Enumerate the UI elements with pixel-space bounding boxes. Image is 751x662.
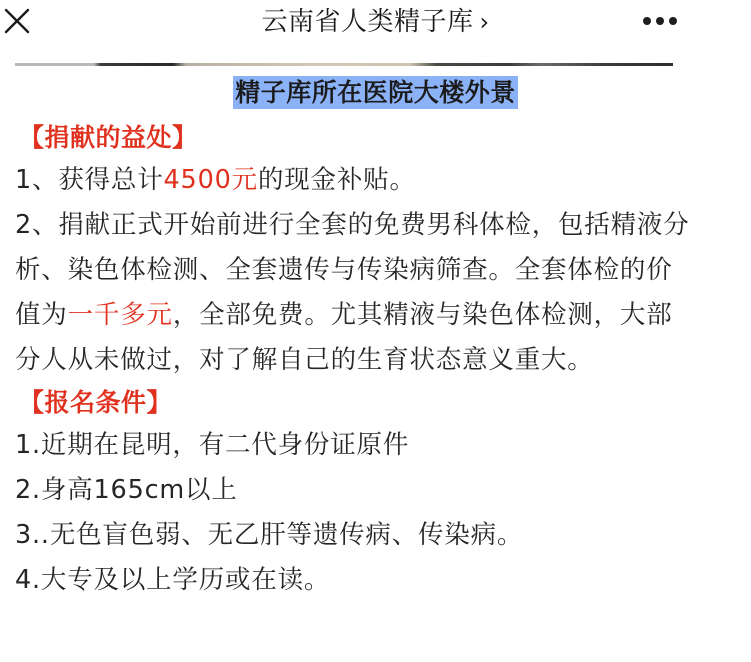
image-caption: 精子库所在医院大楼外景: [233, 76, 518, 109]
more-options-button[interactable]: [643, 14, 683, 28]
account-title-link[interactable]: 云南省人类精子库›: [0, 4, 751, 40]
more-dots-icon: [643, 17, 651, 25]
requirement-item-1: 1.近期在昆明，有二代身份证原件: [15, 423, 695, 468]
chevron-right-icon: ›: [479, 8, 489, 36]
top-nav-bar: 云南省人类精子库›: [0, 0, 751, 48]
section-title-benefits: 【捐献的益处】: [19, 118, 695, 158]
highlight-amount: 4500元: [164, 165, 258, 195]
highlight-value: 一千多元: [68, 300, 173, 330]
benefit-item-1: 1、获得总计4500元的现金补贴。: [15, 158, 695, 203]
hospital-photo-bottom-edge: [15, 63, 673, 66]
requirement-item-4: 4.大专及以上学历或在读。: [15, 558, 695, 603]
text-run: 的现金补贴。: [258, 165, 416, 195]
more-dot: [656, 17, 664, 25]
article-body: 【捐献的益处】 1、获得总计4500元的现金补贴。 2、捐献正式开始前进行全套的…: [15, 118, 695, 603]
requirement-item-2: 2.身高165cm以上: [15, 468, 695, 513]
more-dot: [669, 17, 677, 25]
requirement-item-3: 3..无色盲色弱、无乙肝等遗传病、传染病。: [15, 513, 695, 558]
account-name: 云南省人类精子库: [261, 7, 473, 37]
benefit-item-2: 2、捐献正式开始前进行全套的免费男科体检，包括精液分析、染色体检测、全套遗传与传…: [15, 203, 695, 383]
text-run: 1、获得总计: [15, 165, 164, 195]
caption-row: 精子库所在医院大楼外景: [0, 76, 751, 109]
section-title-requirements: 【报名条件】: [19, 383, 695, 423]
